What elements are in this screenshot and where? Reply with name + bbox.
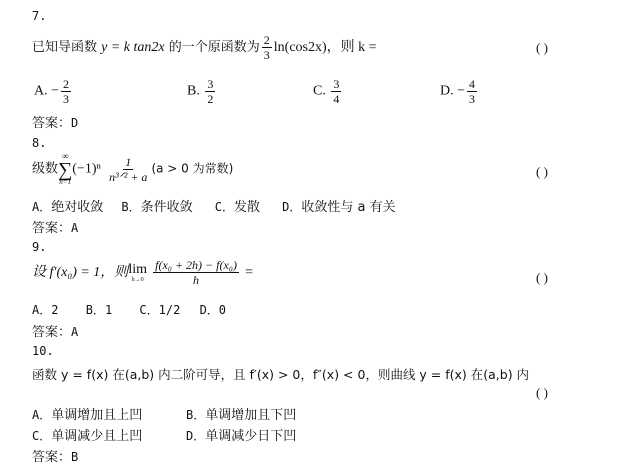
question-7-stem: 已知导函数 y = k tan2x 的一个原函数为23ln(cos2x)，则 k… bbox=[32, 34, 377, 61]
q10-option-d: D．单调减少日下凹 bbox=[186, 425, 296, 444]
q10-answer-blank: ( ) bbox=[536, 385, 548, 401]
q9-option-d: D．0 bbox=[200, 303, 226, 317]
q7-option-b: B. 32 bbox=[187, 78, 217, 105]
q10-option-b: B．单调增加且下凹 bbox=[186, 404, 296, 423]
q7-option-c: C. 34 bbox=[313, 78, 343, 105]
q7-text-mid: 的一个原函数为 bbox=[165, 40, 260, 55]
q10-option-c: C．单调减少且上凹 bbox=[32, 425, 142, 444]
summation-symbol: ∞∑n=1 bbox=[58, 152, 72, 186]
q9-options: A．2 B．1 C．1/2 D．0 bbox=[32, 301, 226, 318]
q9-answer-blank: ( ) bbox=[536, 270, 548, 286]
q7-fraction: 23 bbox=[262, 34, 272, 61]
q7-option-a: A. −23 bbox=[34, 78, 73, 105]
q8-option-b: B．条件收敛 bbox=[121, 200, 192, 215]
q9-fraction: f(x₀ + 2h) − f(x₀)h bbox=[153, 259, 239, 286]
limit-symbol: limh→0 bbox=[128, 263, 147, 283]
q9-answer: 答案：A bbox=[32, 321, 78, 340]
q7-expr1: y = k tan2x bbox=[101, 40, 164, 55]
question-10-stem: 函数 y = f(x) 在(a,b) 内二阶可导，且 f′(x) > 0，f″(… bbox=[32, 365, 529, 383]
q7-expr2: ln(cos2x)，则 k = bbox=[274, 40, 377, 55]
question-9-number: 9. bbox=[32, 240, 46, 254]
q8-answer-blank: ( ) bbox=[536, 164, 548, 180]
question-7-number: 7. bbox=[32, 9, 46, 23]
question-10-number: 10. bbox=[32, 344, 54, 358]
q8-options: A．绝对收敛 B．条件收敛 C．发散 D．收敛性与 a 有关 bbox=[32, 196, 396, 215]
question-8-number: 8. bbox=[32, 136, 46, 150]
q10-option-a: A．单调增加且上凹 bbox=[32, 404, 142, 423]
q8-answer: 答案：A bbox=[32, 217, 78, 236]
question-9-stem: 设 f′(x₀) = 1，则limh→0 f(x₀ + 2h) − f(x₀)h… bbox=[32, 259, 253, 286]
q7-text-before: 已知导函数 bbox=[32, 40, 101, 55]
q10-answer: 答案：B bbox=[32, 446, 78, 465]
q8-option-a: A．绝对收敛 bbox=[32, 200, 103, 215]
q9-option-c: C．1/2 bbox=[139, 303, 180, 317]
q8-option-d: D．收敛性与 a 有关 bbox=[282, 200, 395, 215]
q7-option-d: D. −43 bbox=[440, 78, 479, 105]
q7-answer-blank: ( ) bbox=[536, 40, 548, 56]
q7-answer: 答案：D bbox=[32, 112, 78, 131]
question-8-stem: 级数∞∑n=1(−1)ⁿ 1n³ᐟ² + a(a > 0 为常数) bbox=[32, 152, 233, 186]
q8-fraction: 1n³ᐟ² + a bbox=[107, 156, 149, 183]
q9-option-b: B．1 bbox=[86, 303, 112, 317]
q9-option-a: A．2 bbox=[32, 303, 58, 317]
q8-option-c: C．发散 bbox=[215, 200, 260, 215]
